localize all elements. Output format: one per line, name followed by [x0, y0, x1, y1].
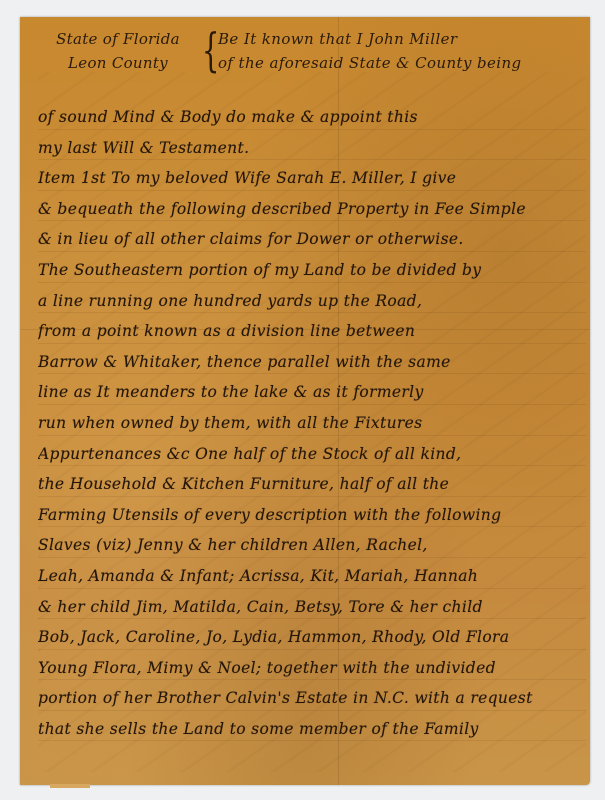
text-line: The Southeastern portion of my Land to b… [38, 255, 586, 286]
text-line: Appurtenances &c One half of the Stock o… [38, 439, 586, 470]
text-line: from a point known as a division line be… [38, 316, 586, 347]
text-line: & bequeath the following described Prope… [38, 194, 586, 225]
preamble-line: Be It known that I John Miller [218, 27, 588, 51]
text-line: line as It meanders to the lake & as it … [38, 377, 586, 408]
document-body: of sound Mind & Body do make & appoint t… [38, 102, 586, 744]
text-line: Item 1st To my beloved Wife Sarah E. Mil… [38, 163, 586, 194]
text-line: Barrow & Whitaker, thence parallel with … [38, 347, 586, 378]
text-line: Slaves (viz) Jenny & her children Allen,… [38, 530, 586, 561]
jurisdiction-block: State of Florida Leon County [38, 27, 198, 75]
paper-tab [50, 784, 90, 788]
text-line: a line running one hundred yards up the … [38, 286, 586, 317]
preamble-line: of the aforesaid State & County being [218, 51, 588, 75]
text-line: my last Will & Testament. [38, 133, 586, 164]
text-line: Young Flora, Mimy & Noel; together with … [38, 653, 586, 684]
document-header: State of Florida Leon County { Be It kno… [20, 17, 590, 87]
text-line: run when owned by them, with all the Fix… [38, 408, 586, 439]
text-line: of sound Mind & Body do make & appoint t… [38, 102, 586, 133]
text-line: & her child Jim, Matilda, Cain, Betsy, T… [38, 592, 586, 623]
preamble-block: Be It known that I John Miller of the af… [218, 27, 588, 75]
text-line: Leah, Amanda & Infant; Acrissa, Kit, Mar… [38, 561, 586, 592]
state-label: State of Florida [38, 27, 198, 51]
text-line: the Household & Kitchen Furniture, half … [38, 469, 586, 500]
county-label: Leon County [38, 51, 198, 75]
text-line: & in lieu of all other claims for Dower … [38, 224, 586, 255]
text-line: portion of her Brother Calvin's Estate i… [38, 683, 586, 714]
text-line: Bob, Jack, Caroline, Jo, Lydia, Hammon, … [38, 622, 586, 653]
text-line: that she sells the Land to some member o… [38, 714, 586, 745]
text-line: Farming Utensils of every description wi… [38, 500, 586, 531]
document-page: State of Florida Leon County { Be It kno… [20, 17, 590, 785]
brace-glyph: { [202, 27, 220, 73]
